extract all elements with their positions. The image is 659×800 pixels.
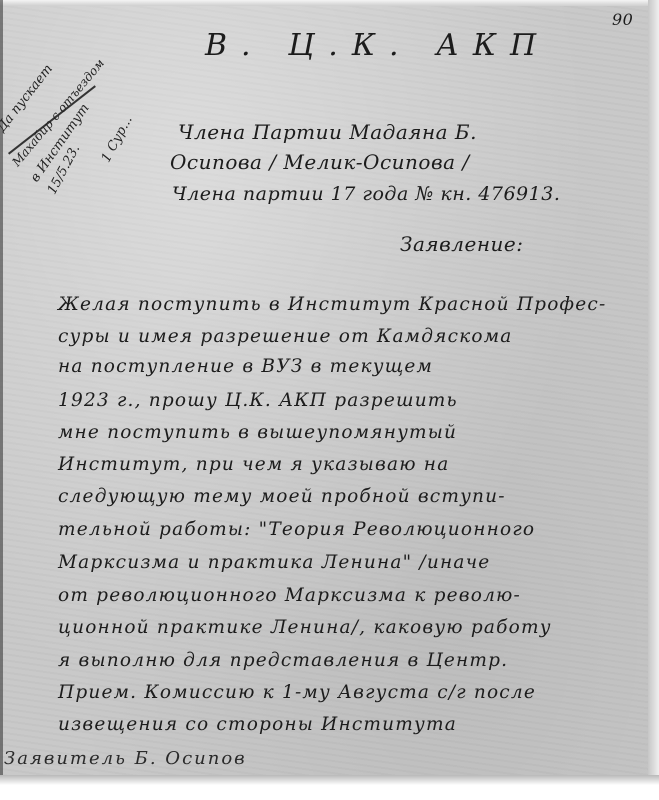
body-line-12: я выполню для представления в Центр.: [58, 650, 508, 671]
paper-right-edge: [648, 0, 659, 800]
body-line-10: от революционного Марксизма к револю-: [58, 585, 521, 606]
body-line-7: следующую тему моей пробной вступи-: [58, 486, 506, 507]
body-line-3: на поступление в ВУЗ в текущем: [58, 356, 433, 377]
body-line-2: суры и имея разрешение от Камдяскома: [58, 326, 513, 347]
sender-line-1: Члена Партии Мадаяна Б.: [178, 120, 477, 144]
sender-line-3: Члена партии 17 года № кн. 476913.: [172, 183, 560, 205]
margin-note-5: 1 Сур...: [99, 113, 136, 165]
body-line-13: Прием. Комиссию к 1-му Августа с/г после: [58, 682, 536, 703]
paper-top-edge: [0, 0, 659, 6]
page-number: 90: [612, 10, 633, 29]
body-line-11: ционной практике Ленина/, каковую работу: [58, 617, 552, 638]
sender-line-2: Осипова / Мелик-Осипова /: [170, 150, 470, 174]
body-line-6: Институт, при чем я указываю на: [58, 454, 449, 475]
statement-heading: Заявление:: [400, 232, 523, 256]
body-line-5: мне поступить в вышеупомянутый: [58, 422, 457, 443]
body-line-1: Желая поступить в Институт Красной Профе…: [58, 294, 606, 315]
addressee-heading: В. Ц.К. АКП: [205, 28, 550, 63]
body-line-8: тельной работы: "Теория Революционного: [58, 519, 535, 540]
body-line-14: извещения со стороны Института: [58, 714, 457, 735]
body-line-4: 1923 г., прошу Ц.К. АКП разрешить: [58, 390, 458, 411]
body-line-9: Марксизма и практика Ленина" /иначе: [58, 552, 490, 573]
scanned-document-page: 90 Да пускает Махабир с отъездом в Инсти…: [0, 0, 659, 800]
paper-bottom-edge: [0, 775, 659, 800]
signature: Заявитель Б. Осипов: [4, 748, 247, 769]
